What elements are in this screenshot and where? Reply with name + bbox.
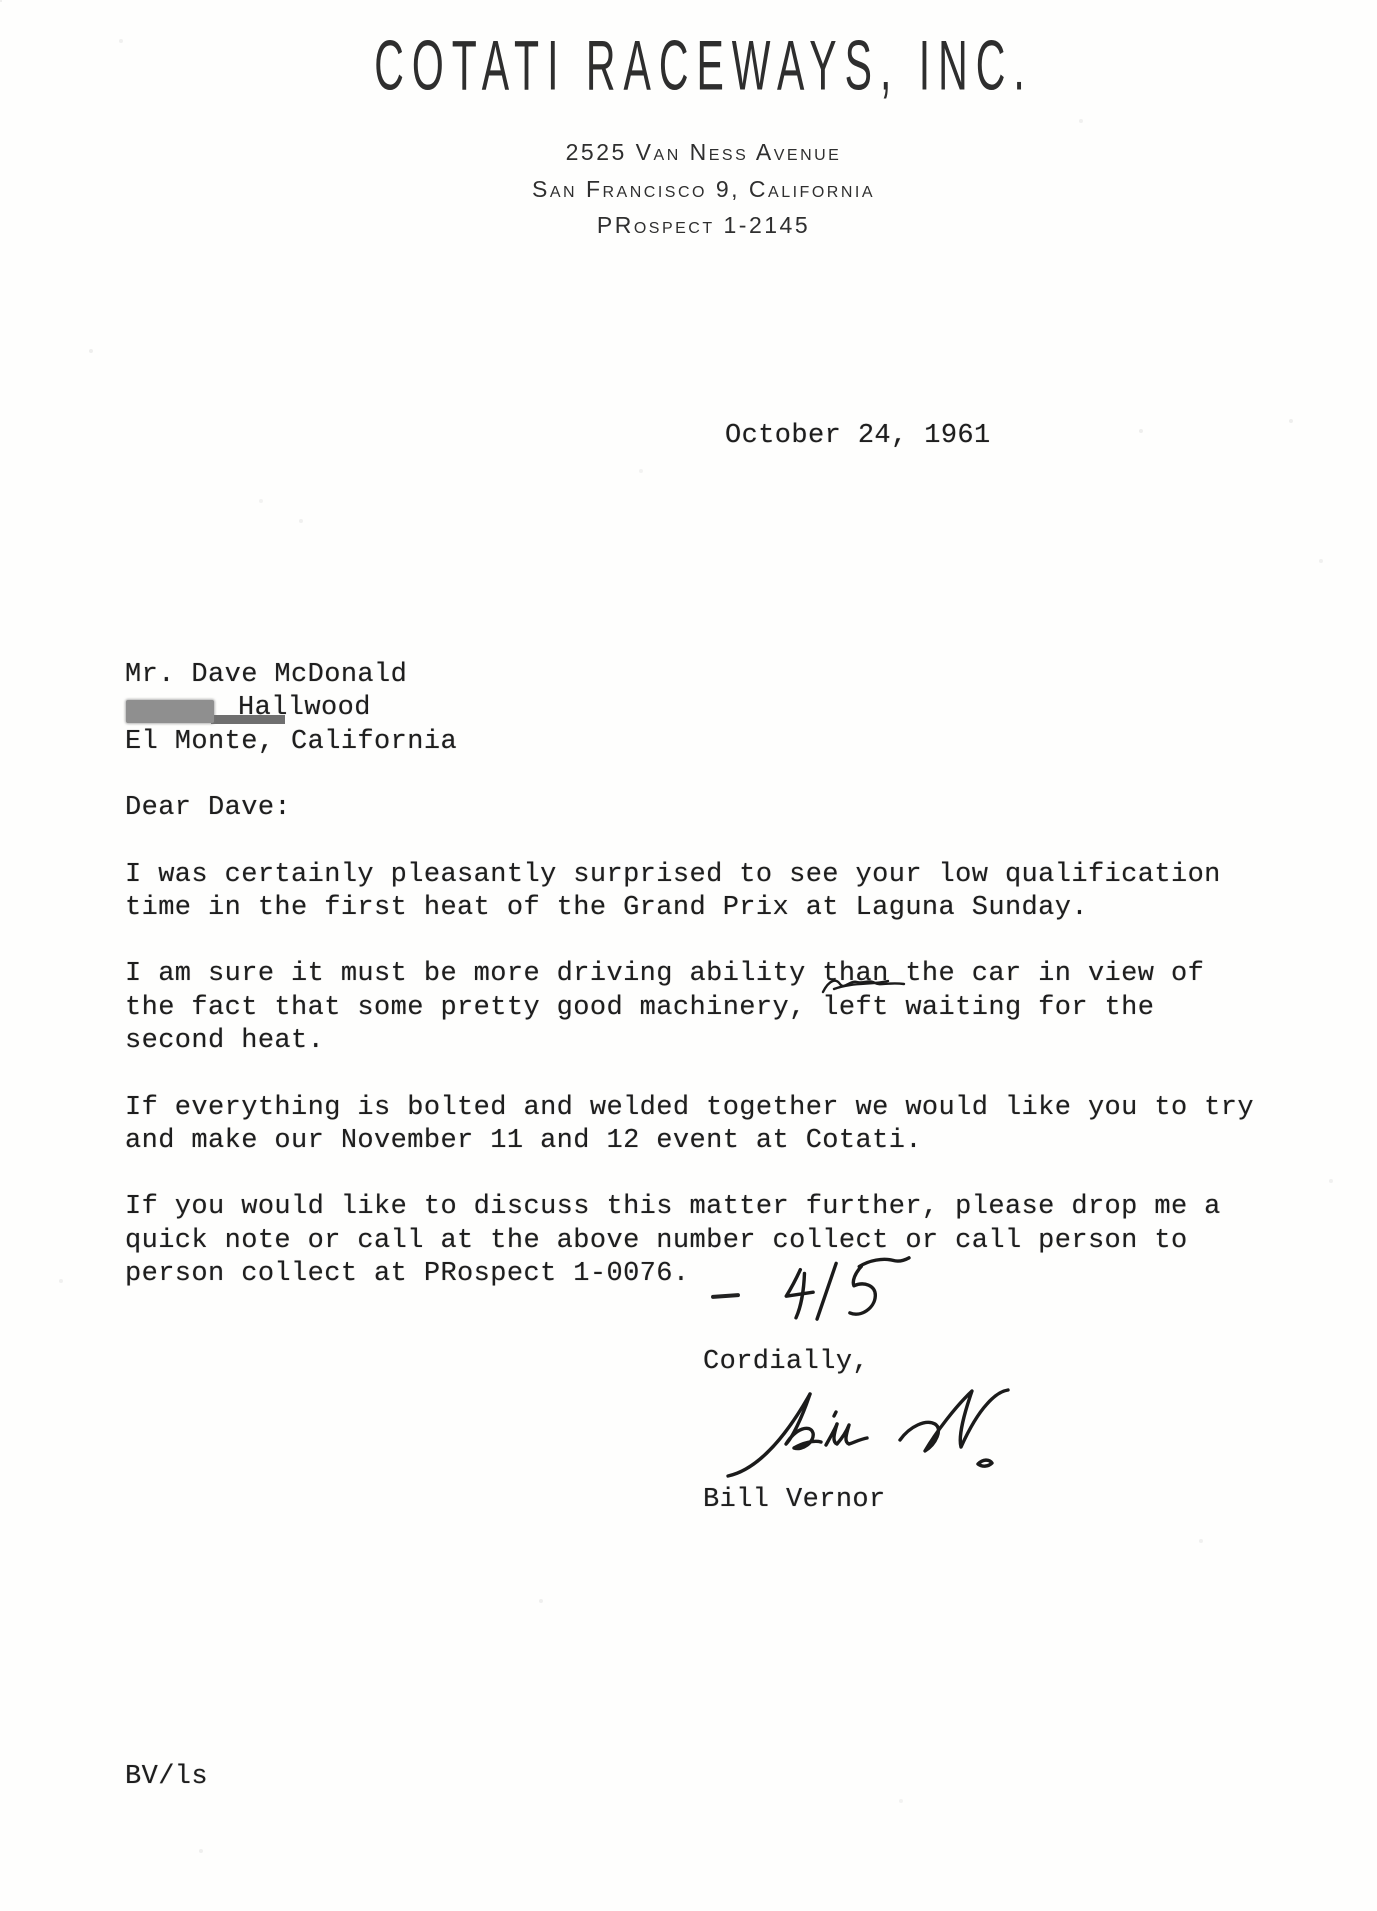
recipient-address: Mr. Dave McDonald Hallwood El Monte, Cal… — [125, 659, 1285, 759]
valediction: Cordially, — [703, 1346, 869, 1379]
recipient-street-row: Hallwood — [125, 692, 1285, 725]
letterhead-city: San Francisco 9, California — [30, 176, 1377, 203]
recipient-street: Hallwood — [238, 692, 371, 725]
company-name: COTATI RACEWAYS, INC. — [30, 26, 1377, 107]
typist-initials: BV/ls — [125, 1761, 208, 1794]
paragraph-line: and make our November 11 and 12 event at… — [125, 1125, 1285, 1158]
paragraph-line: the fact that some pretty good machinery… — [125, 992, 1285, 1025]
paragraph-line: quick note or call at the above number c… — [125, 1225, 1285, 1258]
salutation: Dear Dave: — [125, 792, 1285, 825]
scanned-letter-page: COTATI RACEWAYS, INC. 2525 Van Ness Aven… — [0, 0, 1377, 1911]
recipient-city: El Monte, California — [125, 726, 1285, 759]
recipient-name: Mr. Dave McDonald — [125, 659, 1285, 692]
date-line: October 24, 1961 — [725, 420, 991, 453]
letter-body: Mr. Dave McDonald Hallwood El Monte, Cal… — [125, 659, 1285, 1325]
paragraph-line: time in the first heat of the Grand Prix… — [125, 892, 1285, 925]
paragraph-line: I am sure it must be more driving abilit… — [125, 958, 1285, 991]
paragraph-1: I was certainly pleasantly surprised to … — [125, 859, 1285, 926]
handwritten-insertion — [820, 974, 908, 998]
paragraph-4: If you would like to discuss this matter… — [125, 1191, 1285, 1291]
paragraph-line: I was certainly pleasantly surprised to … — [125, 859, 1285, 892]
letterhead: COTATI RACEWAYS, INC. 2525 Van Ness Aven… — [0, 0, 1377, 239]
letterhead-phone: PRospect 1-2145 — [30, 212, 1377, 239]
redaction-box — [126, 700, 214, 723]
paragraph-line: If everything is bolted and welded toget… — [125, 1092, 1285, 1125]
signature-script — [722, 1378, 1022, 1483]
signer-name: Bill Vernor — [703, 1484, 886, 1517]
paragraph-3: If everything is bolted and welded toget… — [125, 1092, 1285, 1159]
paragraph-line: If you would like to discuss this matter… — [125, 1191, 1285, 1224]
paragraph-line: person collect at PRospect 1-0076. — [125, 1258, 1285, 1291]
paragraph-2: I am sure it must be more driving abilit… — [125, 958, 1285, 1058]
paragraph-line: second heat. — [125, 1025, 1285, 1058]
handwritten-area-code — [779, 1254, 916, 1323]
letterhead-street: 2525 Van Ness Avenue — [30, 139, 1377, 166]
